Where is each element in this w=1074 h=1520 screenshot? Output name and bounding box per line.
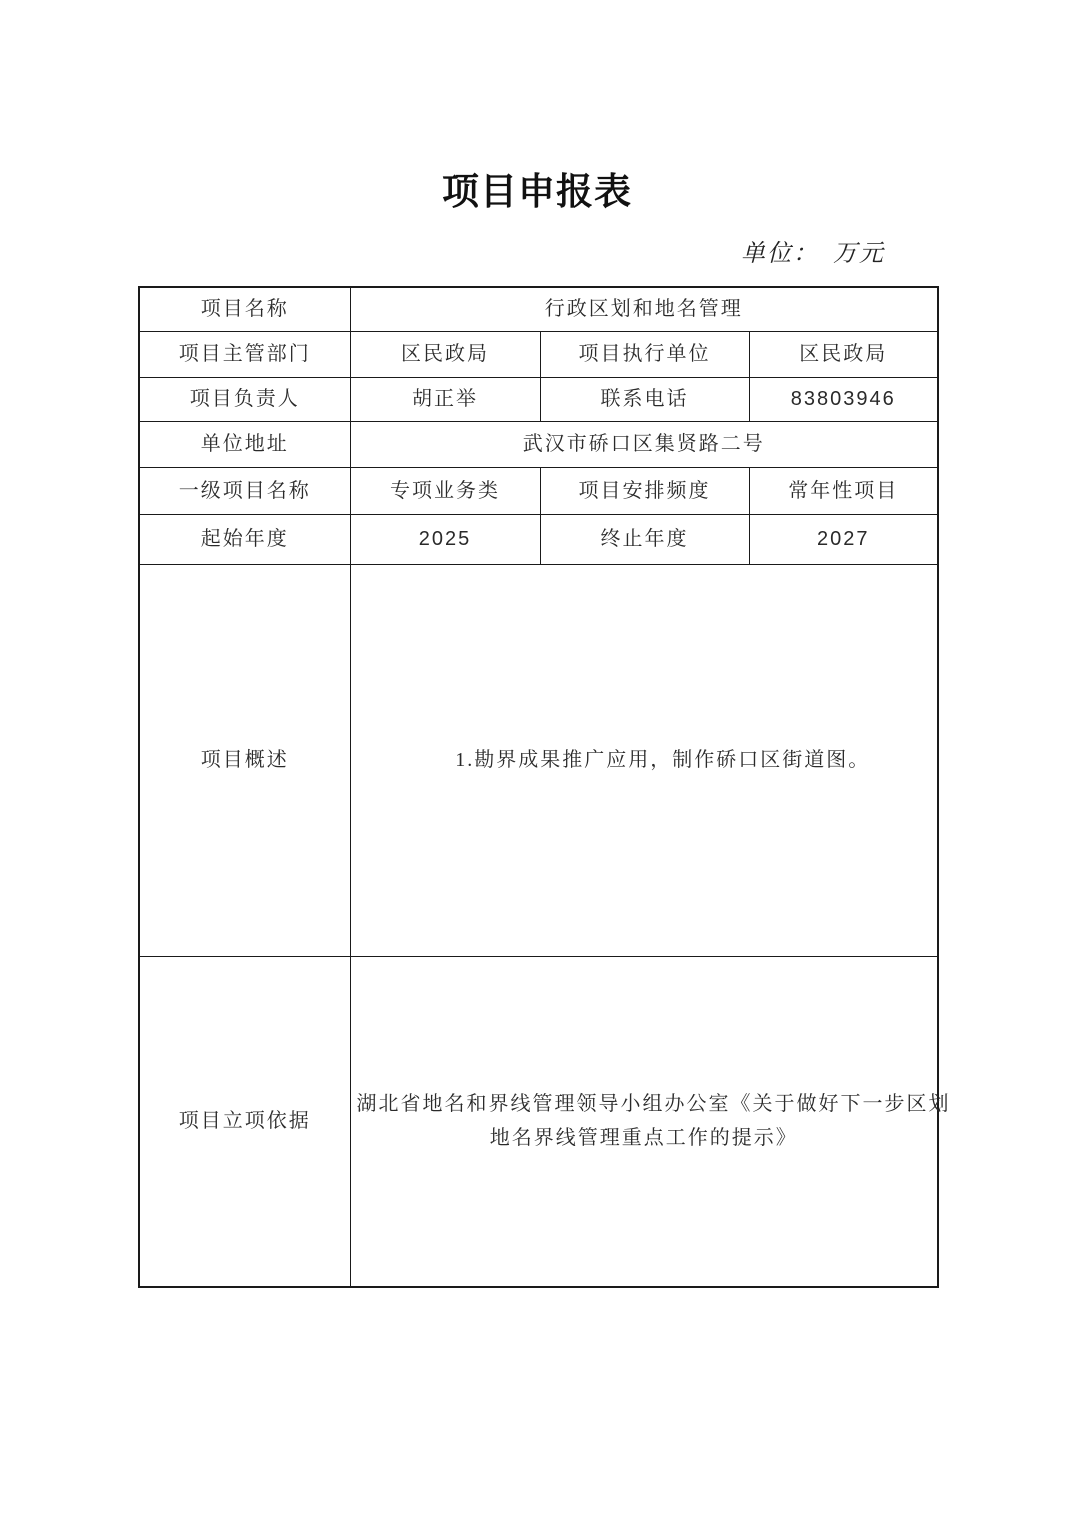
unit-address-value: 武汉市硚口区集贤路二号: [350, 421, 938, 467]
document-page: 项目申报表 单位： 万元 项目名称 行政区划和地名管理 项目主管部门 区民政局 …: [0, 0, 1074, 1520]
arrange-frequency-value: 常年性项目: [749, 467, 938, 514]
row-overview: 项目概述 1.勘界成果推广应用，制作硚口区街道图。: [139, 564, 938, 956]
project-basis-label: 项目立项依据: [139, 956, 350, 1287]
supervisor-dept-label: 项目主管部门: [139, 331, 350, 377]
basis-text-line2: 地名界线管理重点工作的提示》: [357, 1121, 932, 1155]
project-overview-value: 1.勘界成果推广应用，制作硚口区街道图。: [350, 564, 938, 956]
row-basis: 项目立项依据 湖北省地名和界线管理领导小组办公室《关于做好下一步区划 地名界线管…: [139, 956, 938, 1287]
project-leader-label: 项目负责人: [139, 377, 350, 421]
end-year-label: 终止年度: [540, 514, 749, 564]
executing-unit-value: 区民政局: [749, 331, 938, 377]
executing-unit-label: 项目执行单位: [540, 331, 749, 377]
row-leader-phone: 项目负责人 胡正举 联系电话 83803946: [139, 377, 938, 421]
page-title: 项目申报表: [0, 172, 1074, 214]
contact-phone-label: 联系电话: [540, 377, 749, 421]
project-leader-value: 胡正举: [350, 377, 540, 421]
start-year-value: 2025: [350, 514, 540, 564]
project-form-table: 项目名称 行政区划和地名管理 项目主管部门 区民政局 项目执行单位 区民政局 项…: [138, 286, 939, 1288]
arrange-frequency-label: 项目安排频度: [540, 467, 749, 514]
project-name-label: 项目名称: [139, 287, 350, 331]
level1-project-value: 专项业务类: [350, 467, 540, 514]
project-overview-label: 项目概述: [139, 564, 350, 956]
level1-project-label: 一级项目名称: [139, 467, 350, 514]
overview-text: 1.勘界成果推广应用，制作硚口区街道图。: [357, 745, 932, 775]
unit-address-label: 单位地址: [139, 421, 350, 467]
start-year-label: 起始年度: [139, 514, 350, 564]
project-basis-value: 湖北省地名和界线管理领导小组办公室《关于做好下一步区划 地名界线管理重点工作的提…: [350, 956, 938, 1287]
row-level1-frequency: 一级项目名称 专项业务类 项目安排频度 常年性项目: [139, 467, 938, 514]
basis-text-line1: 湖北省地名和界线管理领导小组办公室《关于做好下一步区划: [357, 1087, 932, 1121]
contact-phone-value: 83803946: [749, 377, 938, 421]
project-name-value: 行政区划和地名管理: [350, 287, 938, 331]
row-departments: 项目主管部门 区民政局 项目执行单位 区民政局: [139, 331, 938, 377]
row-project-name: 项目名称 行政区划和地名管理: [139, 287, 938, 331]
end-year-value: 2027: [749, 514, 938, 564]
supervisor-dept-value: 区民政局: [350, 331, 540, 377]
row-address: 单位地址 武汉市硚口区集贤路二号: [139, 421, 938, 467]
row-years: 起始年度 2025 终止年度 2027: [139, 514, 938, 564]
unit-note: 单位： 万元: [138, 238, 937, 270]
